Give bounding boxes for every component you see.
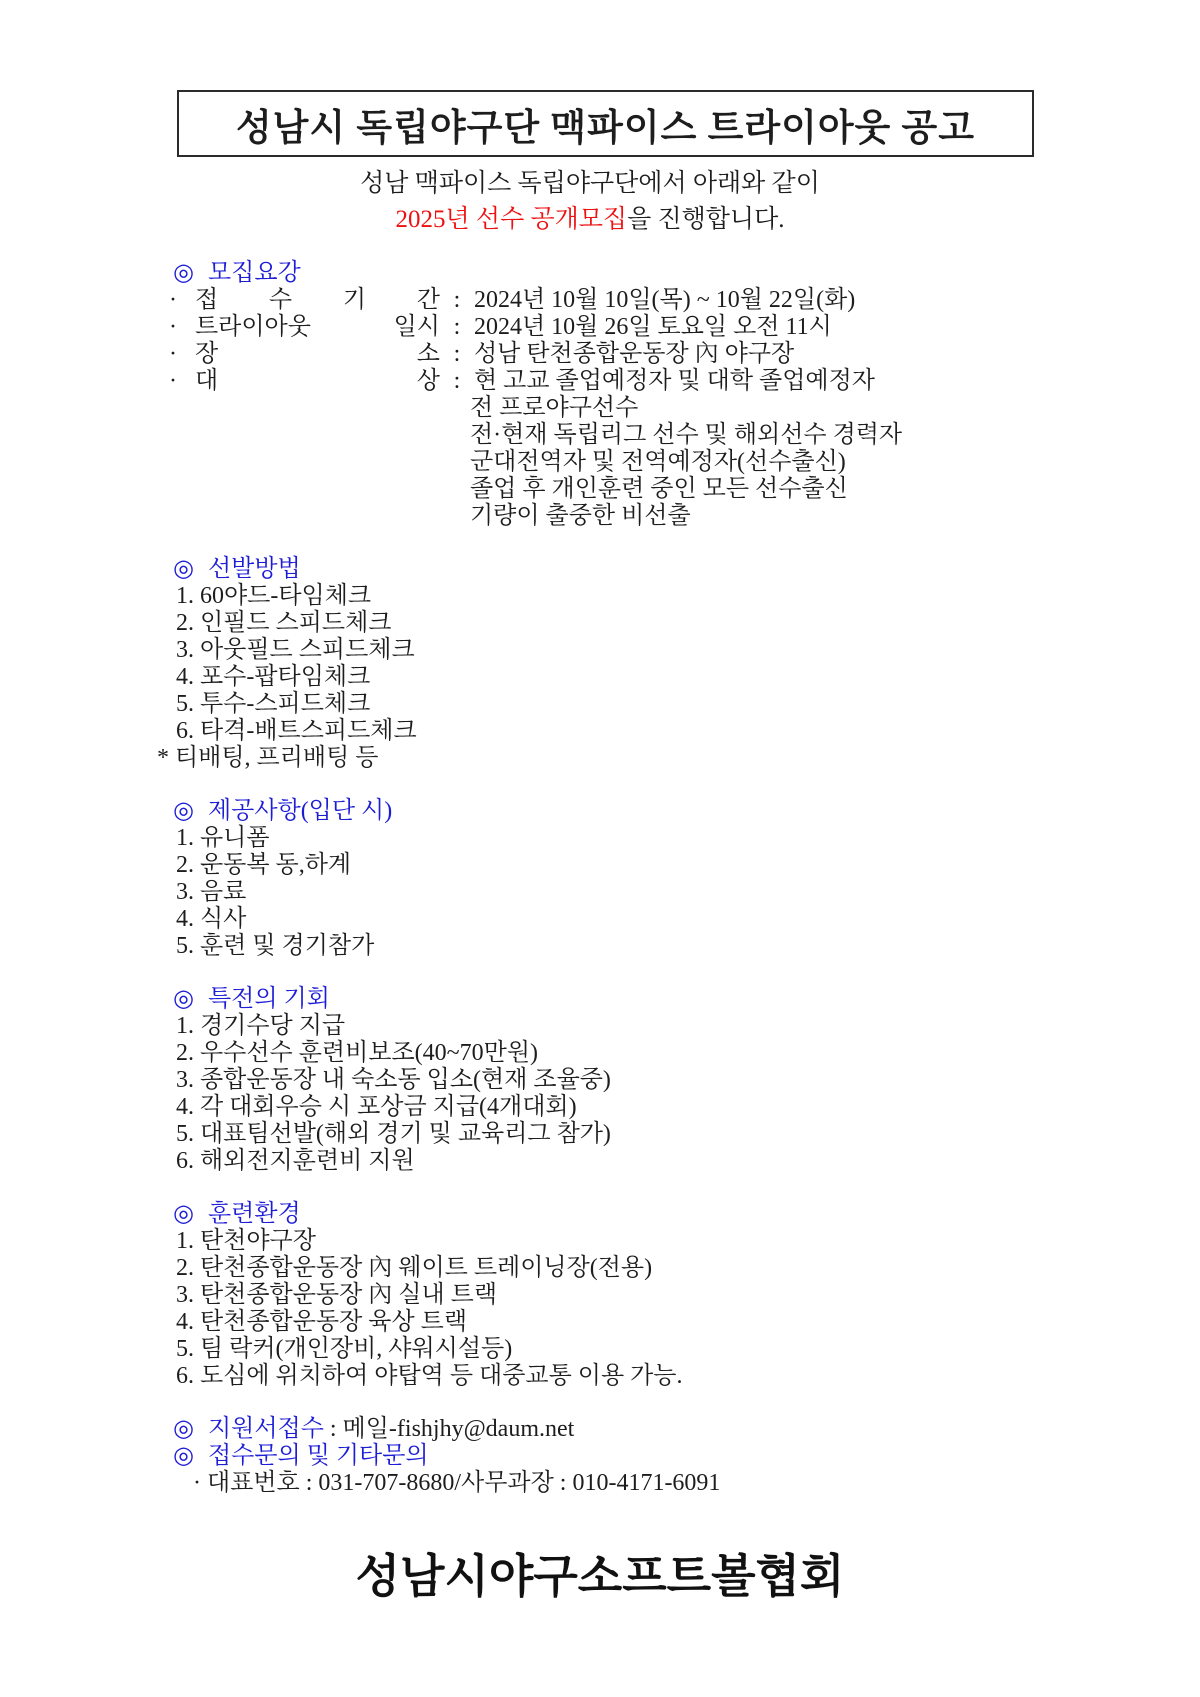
- section-apply-contact: ◎지원서접수 : 메일-fishjhy@daum.net ◎접수문의 및 기타문…: [157, 1416, 1157, 1497]
- row-value: 성남 탄천종합운동장 內 야구장: [474, 341, 1157, 368]
- section-header-label: 훈련환경: [208, 1201, 301, 1227]
- recruitment-row: ·접 수 기 간:2024년 10월 10일(목) ~ 10월 22일(화): [157, 287, 1157, 314]
- double-circle-icon: ◎: [173, 986, 194, 1012]
- list-item: 4. 식사: [157, 906, 1157, 933]
- apply-line: ◎지원서접수 : 메일-fishjhy@daum.net: [157, 1416, 1157, 1443]
- list-item: 3. 종합운동장 내 숙소동 입소(현재 조율중): [157, 1067, 1157, 1094]
- section-perks: ◎특전의 기회 1. 경기수당 지급 2. 우수선수 훈련비보조(40~70만원…: [157, 986, 1157, 1175]
- footer-org-name: 성남시야구소프트볼협회: [0, 1540, 1200, 1606]
- row-colon: :: [440, 368, 474, 395]
- apply-header-label: 지원서접수: [208, 1416, 324, 1442]
- announcement-page: 성남시 독립야구단 맥파이스 트라이아웃 공고 성남 맥파이스 독립야구단에서 …: [0, 0, 1200, 1697]
- row-value: 2024년 10월 10일(목) ~ 10월 22일(화): [474, 287, 1157, 314]
- note-line: * 티배팅, 프리배팅 등: [157, 745, 1157, 772]
- target-extra-line: 졸업 후 개인훈련 중인 모든 선수출신: [157, 476, 1157, 503]
- contact-header-label: 접수문의 및 기타문의: [208, 1443, 429, 1469]
- list-item: 1. 탄천야구장: [157, 1228, 1157, 1255]
- phone-line: · 대표번호 : 031-707-8680/사무과장 : 010-4171-60…: [157, 1470, 1157, 1497]
- recruitment-row: ·장 소:성남 탄천종합운동장 內 야구장: [157, 341, 1157, 368]
- target-extra-line: 전 프로야구선수: [157, 395, 1157, 422]
- apply-separator: :: [324, 1416, 343, 1442]
- intro: 성남 맥파이스 독립야구단에서 아래와 같이 2025년 선수 공개모집을 진행…: [0, 166, 1180, 238]
- list-item: 1. 경기수당 지급: [157, 1013, 1157, 1040]
- double-circle-icon: ◎: [173, 798, 194, 824]
- target-extra-line: 기량이 출중한 비선출: [157, 503, 1157, 530]
- section-recruitment: ◎모집요강 ·접 수 기 간:2024년 10월 10일(목) ~ 10월 22…: [157, 260, 1157, 530]
- double-circle-icon: ◎: [173, 260, 194, 286]
- list-item: 1. 유니폼: [157, 825, 1157, 852]
- list-item: 6. 도심에 위치하여 야탑역 등 대중교통 이용 가능.: [157, 1363, 1157, 1390]
- section-header: ◎특전의 기회: [157, 986, 1157, 1013]
- section-header: ◎훈련환경: [157, 1201, 1157, 1228]
- contact-header: ◎접수문의 및 기타문의: [157, 1443, 1157, 1470]
- section-header-label: 모집요강: [208, 260, 301, 286]
- list-item: 4. 탄천종합운동장 육상 트랙: [157, 1309, 1157, 1336]
- row-label: 접 수 기 간: [195, 287, 440, 314]
- row-label: 대 상: [195, 368, 440, 395]
- list-item: 4. 포수-팝타임체크: [157, 664, 1157, 691]
- row-colon: :: [440, 341, 474, 368]
- list-item: 5. 팀 락커(개인장비, 샤워시설등): [157, 1336, 1157, 1363]
- section-header: ◎모집요강: [157, 260, 1157, 287]
- double-circle-icon: ◎: [173, 556, 194, 582]
- list-item: 5. 훈련 및 경기참가: [157, 933, 1157, 960]
- intro-line-1: 성남 맥파이스 독립야구단에서 아래와 같이: [0, 166, 1180, 202]
- bullet-icon: ·: [157, 341, 195, 368]
- list-item: 5. 투수-스피드체크: [157, 691, 1157, 718]
- section-selection: ◎선발방법 1. 60야드-타임체크 2. 인필드 스피드체크 3. 아웃필드 …: [157, 556, 1157, 772]
- section-header-label: 제공사항(입단 시): [208, 798, 392, 824]
- list-item: 6. 해외전지훈련비 지원: [157, 1148, 1157, 1175]
- page-title: 성남시 독립야구단 맥파이스 트라이아웃 공고: [236, 97, 975, 151]
- section-training: ◎훈련환경 1. 탄천야구장 2. 탄천종합운동장 內 웨이트 트레이닝장(전용…: [157, 1201, 1157, 1390]
- double-circle-icon: ◎: [173, 1443, 194, 1469]
- title-box: 성남시 독립야구단 맥파이스 트라이아웃 공고: [177, 90, 1034, 157]
- section-header-label: 특전의 기회: [208, 986, 330, 1012]
- target-extra-line: 전·현재 독립리그 선수 및 해외선수 경력자: [157, 422, 1157, 449]
- section-header-label: 선발방법: [208, 556, 301, 582]
- list-item: 2. 운동복 동,하계: [157, 852, 1157, 879]
- bullet-icon: ·: [157, 314, 195, 341]
- apply-email: 메일-fishjhy@daum.net: [343, 1416, 575, 1442]
- bullet-icon: ·: [157, 368, 195, 395]
- section-benefits: ◎제공사항(입단 시) 1. 유니폼 2. 운동복 동,하계 3. 음료 4. …: [157, 798, 1157, 960]
- content: ◎모집요강 ·접 수 기 간:2024년 10월 10일(목) ~ 10월 22…: [157, 260, 1157, 1497]
- row-value: 현 고교 졸업예정자 및 대학 졸업예정자: [474, 368, 1157, 395]
- row-label: 트라이아웃 일시: [195, 314, 440, 341]
- list-item: 3. 탄천종합운동장 內 실내 트랙: [157, 1282, 1157, 1309]
- bullet-icon: ·: [157, 287, 195, 314]
- row-label: 장 소: [195, 341, 440, 368]
- section-header: ◎선발방법: [157, 556, 1157, 583]
- target-extra-line: 군대전역자 및 전역예정자(선수출신): [157, 449, 1157, 476]
- double-circle-icon: ◎: [173, 1416, 194, 1442]
- row-value: 2024년 10월 26일 토요일 오전 11시: [474, 314, 1157, 341]
- recruitment-row: ·트라이아웃 일시:2024년 10월 26일 토요일 오전 11시: [157, 314, 1157, 341]
- list-item: 2. 탄천종합운동장 內 웨이트 트레이닝장(전용): [157, 1255, 1157, 1282]
- list-item: 5. 대표팀선발(해외 경기 및 교육리그 참가): [157, 1121, 1157, 1148]
- list-item: 3. 음료: [157, 879, 1157, 906]
- list-item: 3. 아웃필드 스피드체크: [157, 637, 1157, 664]
- list-item: 2. 인필드 스피드체크: [157, 610, 1157, 637]
- highlight-red: 2025년 선수 공개모집: [396, 206, 628, 233]
- recruitment-row: ·대 상:현 고교 졸업예정자 및 대학 졸업예정자: [157, 368, 1157, 395]
- row-colon: :: [440, 314, 474, 341]
- list-item: 2. 우수선수 훈련비보조(40~70만원): [157, 1040, 1157, 1067]
- list-item: 1. 60야드-타임체크: [157, 583, 1157, 610]
- intro-line-2-rest: 을 진행합니다.: [627, 206, 784, 233]
- list-item: 4. 각 대회우승 시 포상금 지급(4개대회): [157, 1094, 1157, 1121]
- double-circle-icon: ◎: [173, 1201, 194, 1227]
- section-header: ◎제공사항(입단 시): [157, 798, 1157, 825]
- intro-line-2: 2025년 선수 공개모집을 진행합니다.: [0, 202, 1180, 238]
- row-colon: :: [440, 287, 474, 314]
- list-item: 6. 타격-배트스피드체크: [157, 718, 1157, 745]
